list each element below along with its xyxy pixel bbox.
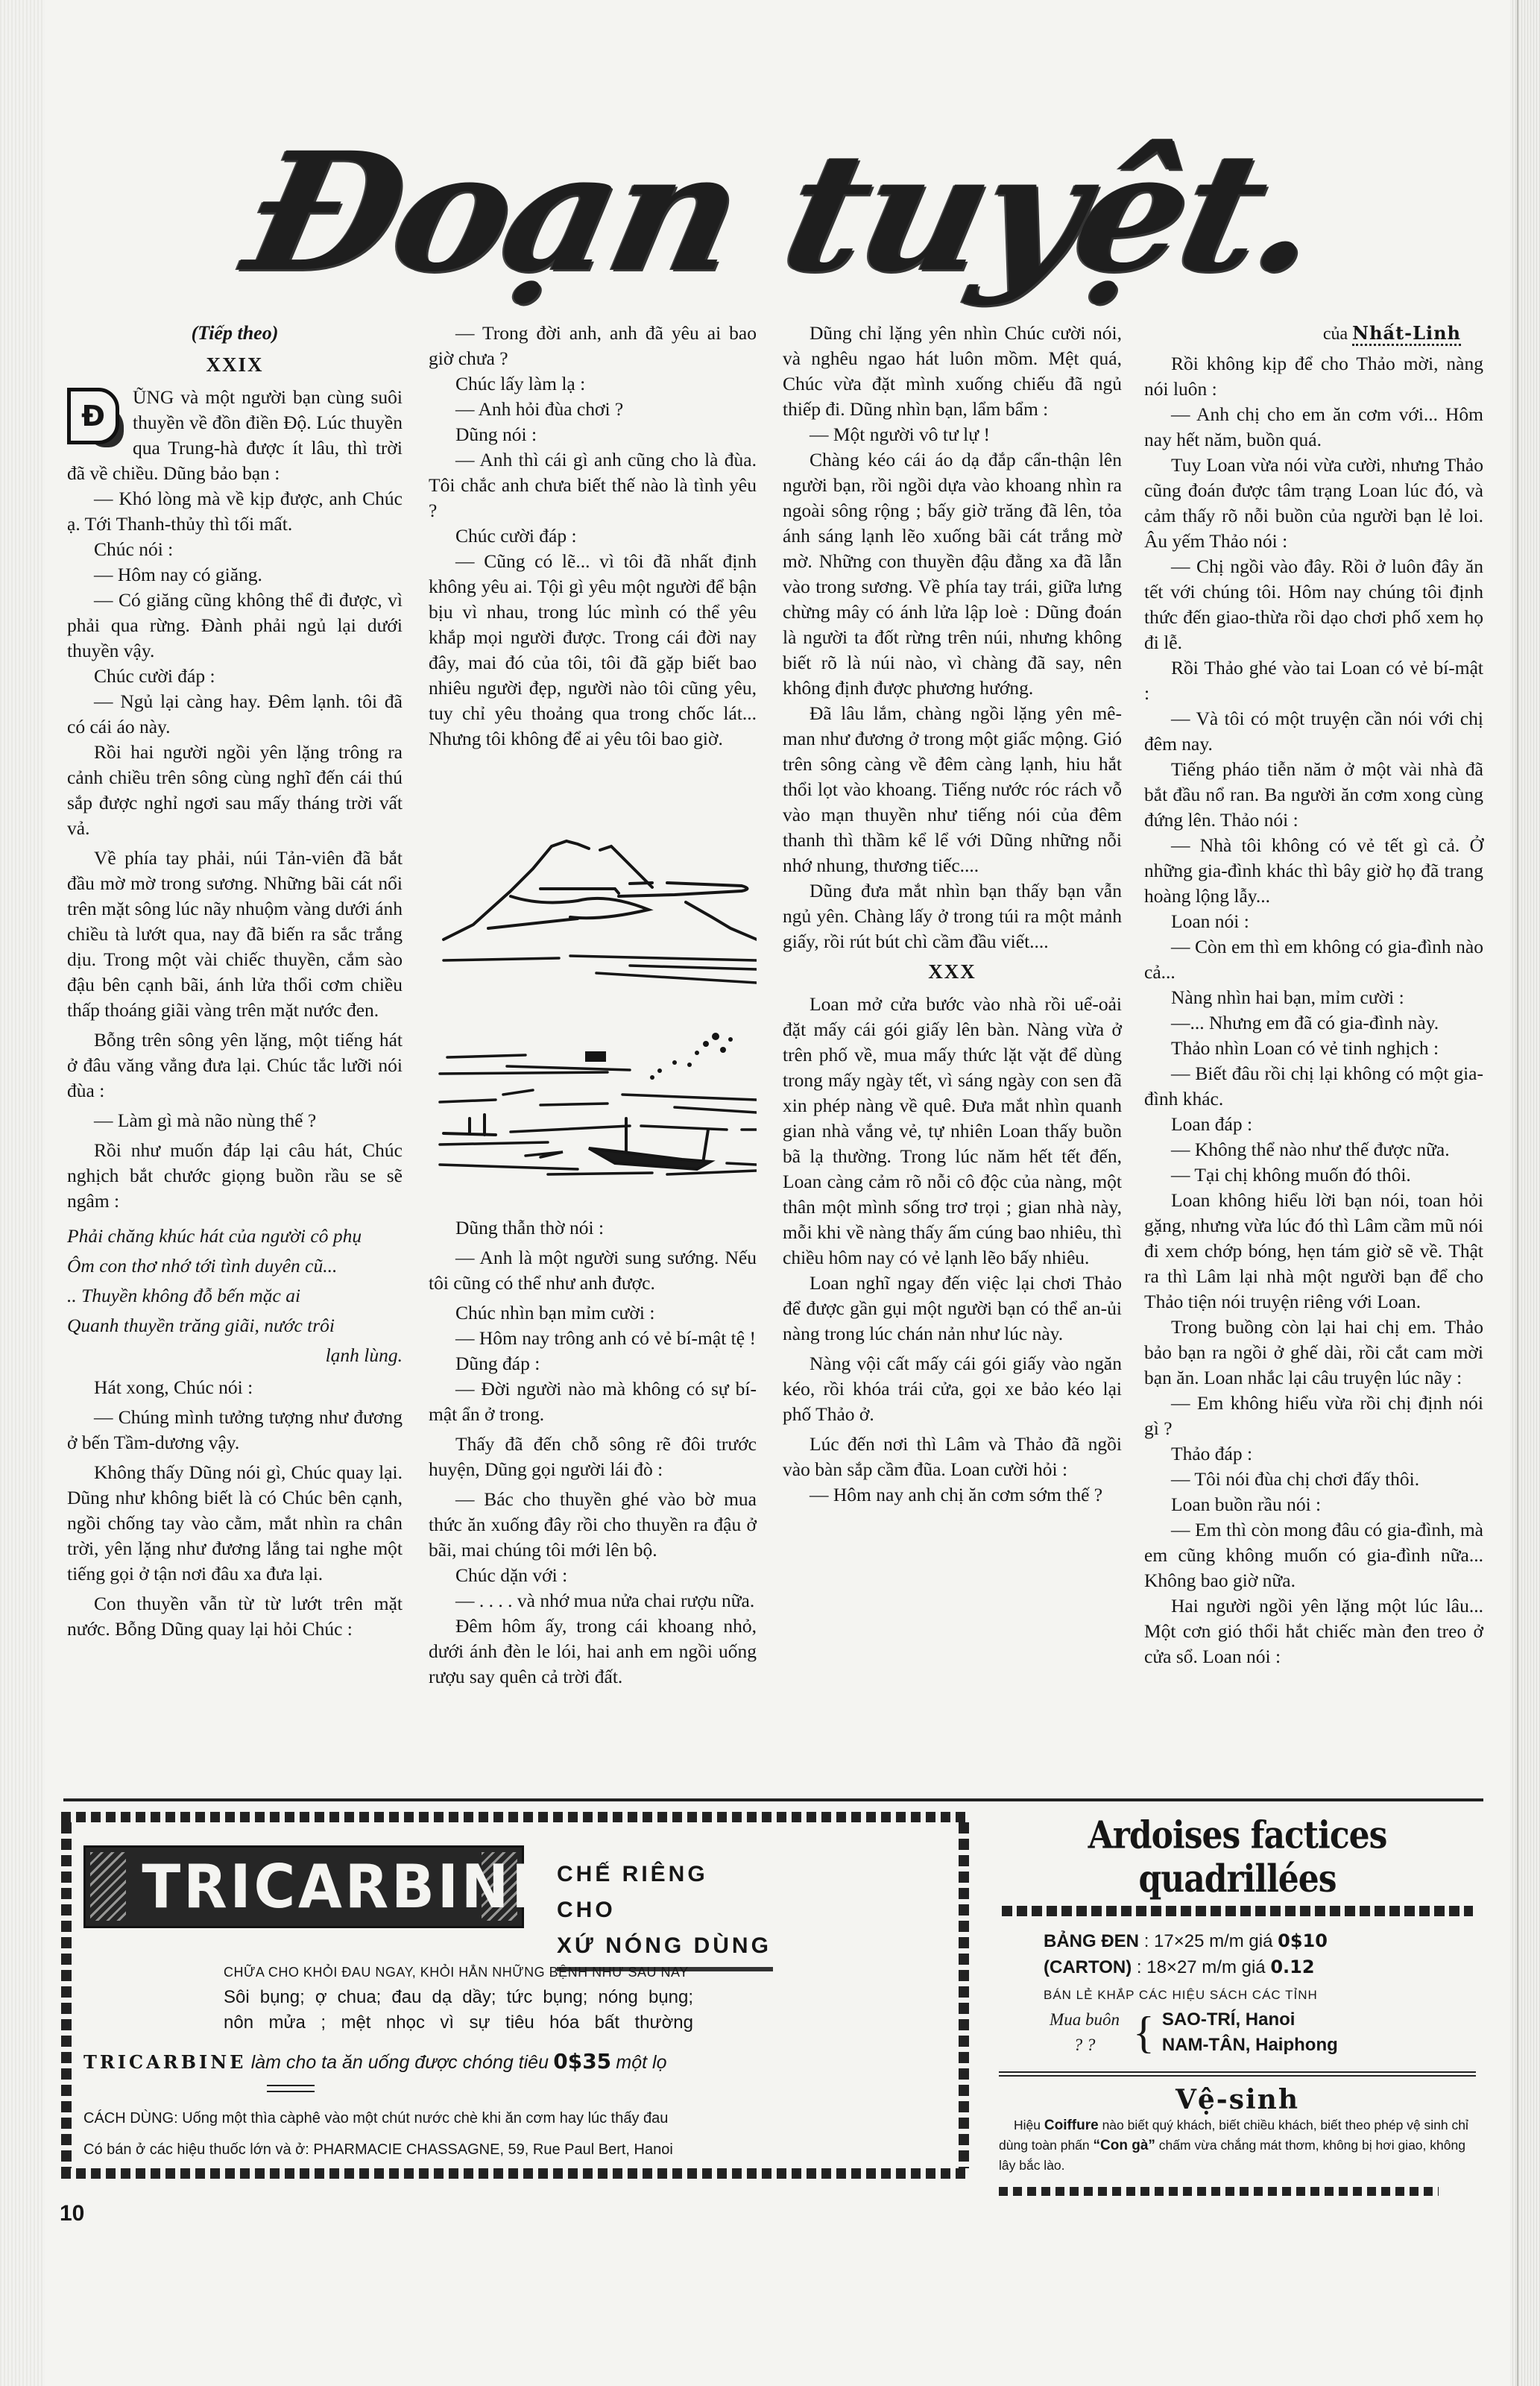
size-spec: : 18×27 m/m giá — [1137, 1957, 1266, 1977]
article-column-2-continued: Dũng thẫn thờ nói : — Anh là một người s… — [429, 1215, 757, 1690]
paragraph: Chúc nhìn bạn mỉm cười : — [429, 1300, 757, 1326]
paragraph: — Đời người nào mà không có sự bí-mật ẩn… — [429, 1376, 757, 1427]
paragraph: — Biết đâu rồi chị lại không có một gia-… — [1144, 1061, 1483, 1112]
ad-emphasis: Coiffure — [1044, 2118, 1099, 2133]
paragraph: — Không thể nào như thế được nữa. — [1144, 1137, 1483, 1162]
checkered-divider — [1002, 1906, 1473, 1916]
paragraph: Đã lâu lắm, chàng ngồi lặng yên mê-man n… — [783, 701, 1122, 878]
chapter-heading-30: XXX — [783, 959, 1122, 984]
wholesale-places: SAO-TRÍ, Hanoi NAM-TÂN, Haiphong — [1162, 2007, 1338, 2058]
opening-paragraph: Đ ŨNG và một người bạn cùng suôi thuyền … — [67, 385, 403, 486]
paragraph: Loan mở cửa bước vào nhà rồi uể-oải đặt … — [783, 992, 1122, 1271]
verse-line: .. Thuyền không đỗ bến mặc ai — [67, 1281, 403, 1311]
paragraph: Con thuyền vẫn từ từ lướt trên mặt nước.… — [67, 1591, 403, 1642]
price-row: BẢNG ĐEN : 17×25 m/m giá 0$10 — [1044, 1928, 1476, 1954]
brace-icon: { — [1133, 2010, 1155, 2055]
wholesale-label-line: ? ? — [1044, 2033, 1126, 2058]
price-label: (CARTON) — [1044, 1957, 1132, 1977]
paragraph: — Hôm nay anh chị ăn cơm sớm thế ? — [783, 1482, 1122, 1508]
wholesale-label: Mua buôn ? ? — [1044, 2007, 1126, 2058]
checkered-border-right — [959, 1822, 969, 2168]
ad-section-divider — [63, 1798, 1483, 1801]
paragraph: — Còn em thì em không có gia-đình nào cả… — [1144, 934, 1483, 985]
paragraph: — Làm gì mà não nùng thế ? — [67, 1108, 403, 1133]
paragraph: Đêm hôm ấy, trong cái khoang nhỏ, dưới á… — [429, 1614, 757, 1690]
article-column-2: — Trong đời anh, anh đã yêu ai bao giờ c… — [429, 321, 757, 752]
story-title: Đoạn tuyệt. — [132, 131, 1433, 295]
paragraph: Lúc đến nơi thì Lâm và Thảo đã ngồi vào … — [783, 1432, 1122, 1482]
article-column-4: của Nhất-Linh Rồi không kịp để cho Thảo … — [1144, 321, 1483, 1669]
paragraph: Bỗng trên sông yên lặng, một tiếng hát ở… — [67, 1027, 403, 1104]
paragraph: Loan buồn rầu nói : — [1144, 1492, 1483, 1517]
paragraph: — Trong đời anh, anh đã yêu ai bao giờ c… — [429, 321, 757, 371]
double-rule — [999, 2071, 1476, 2077]
paragraph: — Anh thì cái gì anh cũng cho là đùa. Tô… — [429, 447, 757, 523]
product-claim: TRICARBINE làm cho ta ăn uống được chóng… — [83, 2049, 792, 2074]
paragraph: Dũng chỉ lặng yên nhìn Chúc cười nói, và… — [783, 321, 1122, 422]
brand-name: TRICARBINE — [83, 2051, 246, 2073]
checkered-divider — [999, 2187, 1439, 2196]
paragraph: Thảo nhìn Loan có vẻ tinh nghịch : — [1144, 1036, 1483, 1061]
dropcap-ornament: Đ — [67, 388, 124, 447]
paragraph: Chúc cười đáp : — [429, 523, 757, 549]
paragraph: Thấy đã đến chỗ sông rẽ đôi trước huyện,… — [429, 1432, 757, 1482]
paragraph: Thảo đáp : — [1144, 1441, 1483, 1467]
ad-heading: Vệ-sinh — [999, 2084, 1476, 2115]
paragraph: Dũng đưa mắt nhìn bạn thấy bạn vẫn ngủ y… — [783, 878, 1122, 954]
paragraph: — Khó lòng mà về kịp được, anh Chúc ạ. T… — [67, 486, 403, 537]
continued-label: (Tiếp theo) — [67, 321, 403, 346]
paragraph: Chàng kéo cái áo dạ đắp cẩn-thận lên ngư… — [783, 447, 1122, 701]
verse-line: lạnh lùng. — [67, 1341, 403, 1370]
paragraph: — Cũng có lẽ... vì tôi đã nhất định khôn… — [429, 549, 757, 752]
symptoms-list: Sôi bụng; ợ chua; đau dạ dầy; tức bụng; … — [224, 1985, 693, 2036]
logo-text: TRICARBINE — [142, 1855, 465, 1919]
checkered-border-top — [61, 1812, 969, 1822]
landscape-illustration — [429, 813, 757, 1200]
ad-text: Hiệu — [1014, 2118, 1041, 2132]
paragraph: — Bác cho thuyền ghé vào bờ mua thức ăn … — [429, 1487, 757, 1563]
paragraph: — Một người vô tư lự ! — [783, 422, 1122, 447]
paragraph: — Tôi nói đùa chị chơi đấy thôi. — [1144, 1467, 1483, 1492]
usage-instructions: CÁCH DÙNG: Uống một thìa càphê vào một c… — [83, 2103, 792, 2134]
paragraph: — Nhà tôi không có vẻ tết gì cả. Ở những… — [1144, 833, 1483, 909]
tricarbine-logo: TRICARBINE — [83, 1845, 524, 1928]
price-value: 0$10 — [1278, 1930, 1328, 1951]
price-label: BẢNG ĐEN — [1044, 1931, 1139, 1951]
paragraph: — Ngủ lại càng hay. Đêm lạnh. tôi đã có … — [67, 689, 403, 740]
paragraph: — Có giăng cũng không thể đi được, vì ph… — [67, 588, 403, 664]
ad-body: Hiệu Coiffure nào biết quý khách, biết c… — [999, 2115, 1476, 2175]
hygiene-advertisement: Vệ-sinh Hiệu Coiffure nào biết quý khách… — [999, 2084, 1476, 2196]
retailer-info: Có bán ở các hiệu thuốc lớn và ở: PHARMA… — [83, 2134, 792, 2165]
chapter-heading-29: XXIX — [67, 352, 403, 377]
paragraph: — Anh hỏi đùa chơi ? — [429, 397, 757, 422]
paragraph: Hai người ngồi yên lặng một lúc lâu... M… — [1144, 1593, 1483, 1669]
paragraph: — Chị ngồi vào đây. Rồi ở luôn đây ăn tế… — [1144, 554, 1483, 655]
verse-line: Phải chăng khúc hát của người cô phụ — [67, 1221, 403, 1251]
author-byline: của Nhất-Linh — [1144, 321, 1483, 347]
tagline-line: XỨ NÓNG DÙNG — [557, 1928, 773, 1964]
price-value: 0.12 — [1270, 1957, 1314, 1977]
place: SAO-TRÍ, Hanoi — [1162, 2007, 1338, 2033]
paragraph: Nàng vội cất mấy cái gói giấy vào ngăn k… — [783, 1351, 1122, 1427]
paragraph: Rồi Thảo ghé vào tai Loan có vẻ bí-mật : — [1144, 655, 1483, 706]
paragraph: Dũng nói : — [429, 422, 757, 447]
paragraph: Tuy Loan vừa nói vừa cười, nhưng Thảo cũ… — [1144, 453, 1483, 554]
scan-edge-right — [1510, 0, 1540, 2386]
article-column-1: (Tiếp theo) XXIX Đ ŨNG và một người bạn … — [67, 321, 403, 1642]
paragraph: Loan nói : — [1144, 909, 1483, 934]
paragraph: Chúc nói : — [67, 537, 403, 562]
paragraph: Hát xong, Chúc nói : — [67, 1375, 403, 1400]
paragraph: Loan nghĩ ngay đến việc lại chơi Thảo để… — [783, 1271, 1122, 1347]
wholesale-label-line: Mua buôn — [1044, 2007, 1126, 2033]
paragraph: — Và tôi có một truyện cần nói với chị đ… — [1144, 706, 1483, 757]
price-unit: một lọ — [616, 2052, 666, 2073]
lightning-ornament-icon — [482, 1852, 517, 1921]
checkered-border-bottom — [61, 2168, 969, 2179]
paragraph: Nàng nhìn hai bạn, mỉm cười : — [1144, 985, 1483, 1010]
water-lines — [440, 956, 757, 1174]
symptoms-line: Sôi bụng; ợ chua; đau dạ dầy; tức bụng; … — [224, 1985, 693, 2010]
ad-subtitle: CHỮA CHO KHỎI ĐAU NGAY, KHỎI HẲN NHỮNG B… — [224, 1965, 689, 1980]
paragraph: — Tại chị không muốn đó thôi. — [1144, 1162, 1483, 1188]
paragraph: Loan không hiểu lời bạn nói, toan hỏi gặ… — [1144, 1188, 1483, 1315]
checkered-border-left — [61, 1822, 72, 2168]
author-name: Nhất-Linh — [1352, 322, 1461, 346]
paragraph: Chúc dặn với : — [429, 1563, 757, 1588]
paragraph: — Chúng mình tưởng tượng như đương ở bến… — [67, 1405, 403, 1455]
size-spec: : 17×25 m/m giá — [1144, 1931, 1273, 1951]
page-number: 10 — [60, 2201, 84, 2226]
symptoms-line: nôn mửa ; mệt nhọc vì sự tiêu hóa bất th… — [224, 2010, 693, 2036]
paragraph: — Hôm nay có giăng. — [67, 562, 403, 588]
paragraph: Trong buồng còn lại hai chị em. Thảo bảo… — [1144, 1315, 1483, 1391]
paragraph: — . . . . và nhớ mua nửa chai rượu nữa. — [429, 1588, 757, 1614]
paragraph: Dũng đáp : — [429, 1351, 757, 1376]
scan-edge-left — [0, 0, 45, 2386]
usage-info: CÁCH DÙNG: Uống một thìa càphê vào một c… — [83, 2103, 792, 2165]
price: 0$35 — [553, 2049, 611, 2074]
paragraph: —... Nhưng em đã có gia-đình này. — [1144, 1010, 1483, 1036]
byline-prefix: của — [1323, 324, 1348, 344]
mountain-sketch — [444, 841, 757, 941]
paragraph: — Anh là một người sung sướng. Nếu tôi c… — [429, 1245, 757, 1296]
page-fold-line — [1517, 0, 1518, 2386]
paragraph: — Em thì còn mong đâu có gia-đình, mà em… — [1144, 1517, 1483, 1593]
ad-emphasis: “Con gà” — [1094, 2138, 1155, 2153]
paragraph: Rồi như muốn đáp lại câu hát, Chúc nghịc… — [67, 1138, 403, 1214]
lightning-ornament-icon — [90, 1852, 126, 1921]
paragraph: — Anh chị cho em ăn cơm với... Hôm nay h… — [1144, 402, 1483, 453]
paragraph: Rồi không kịp để cho Thảo mời, nàng nói … — [1144, 351, 1483, 402]
article-column-3: Dũng chỉ lặng yên nhìn Chúc cười nói, và… — [783, 321, 1122, 1508]
claim-text: làm cho ta ăn uống được chóng tiêu — [251, 2052, 549, 2073]
price-row: (CARTON) : 18×27 m/m giá 0.12 — [1044, 1954, 1476, 1980]
paragraph: Rồi hai người ngồi yên lặng trông ra cản… — [67, 740, 403, 841]
paragraph: Chúc lấy làm lạ : — [429, 371, 757, 397]
paragraph: Về phía tay phải, núi Tản-viên đã bắt đầ… — [67, 846, 403, 1023]
tagline: CHẾ RIÊNG CHO XỨ NÓNG DÙNG — [557, 1857, 773, 1971]
paragraph: — Hôm nay trông anh có vẻ bí-mật tệ ! — [429, 1326, 757, 1351]
ad-heading: Ardoises factices quadrillées — [999, 1813, 1476, 1901]
verse-line: Ôm con thơ nhớ tới tình duyên cũ... — [67, 1251, 403, 1281]
retail-note: BÁN LẺ KHẮP CÁC HIỆU SÁCH CÁC TỈNH — [1044, 1988, 1476, 2003]
verse-line: Quanh thuyền trăng giãi, nước trôi — [67, 1311, 403, 1341]
paragraph: — Em không hiểu vừa rồi chị định nói gì … — [1144, 1391, 1483, 1441]
paragraph: Loan đáp : — [1144, 1112, 1483, 1137]
place: NAM-TÂN, Haiphong — [1162, 2033, 1338, 2058]
paragraph: Dũng thẫn thờ nói : — [429, 1215, 757, 1241]
dropcap-letter: Đ — [67, 388, 119, 444]
paragraph: Chúc cười đáp : — [67, 664, 403, 689]
tricarbine-advertisement: TRICARBINE CHẾ RIÊNG CHO XỨ NÓNG DÙNG CH… — [61, 1812, 969, 2181]
ardoises-advertisement: Ardoises factices quadrillées BẢNG ĐEN :… — [999, 1819, 1476, 2196]
sailboat — [444, 1115, 710, 1169]
song-verse: Phải chăng khúc hát của người cô phụ Ôm … — [67, 1221, 403, 1370]
wholesale-info: Mua buôn ? ? { SAO-TRÍ, Hanoi NAM-TÂN, H… — [1044, 2007, 1476, 2058]
paragraph: Tiếng pháo tiễn năm ở một vài nhà đã bắt… — [1144, 757, 1483, 833]
double-rule — [267, 2085, 315, 2092]
tagline-line: CHẾ RIÊNG CHO — [557, 1857, 773, 1928]
paragraph: Không thấy Dũng nói gì, Chúc quay lại. D… — [67, 1460, 403, 1587]
